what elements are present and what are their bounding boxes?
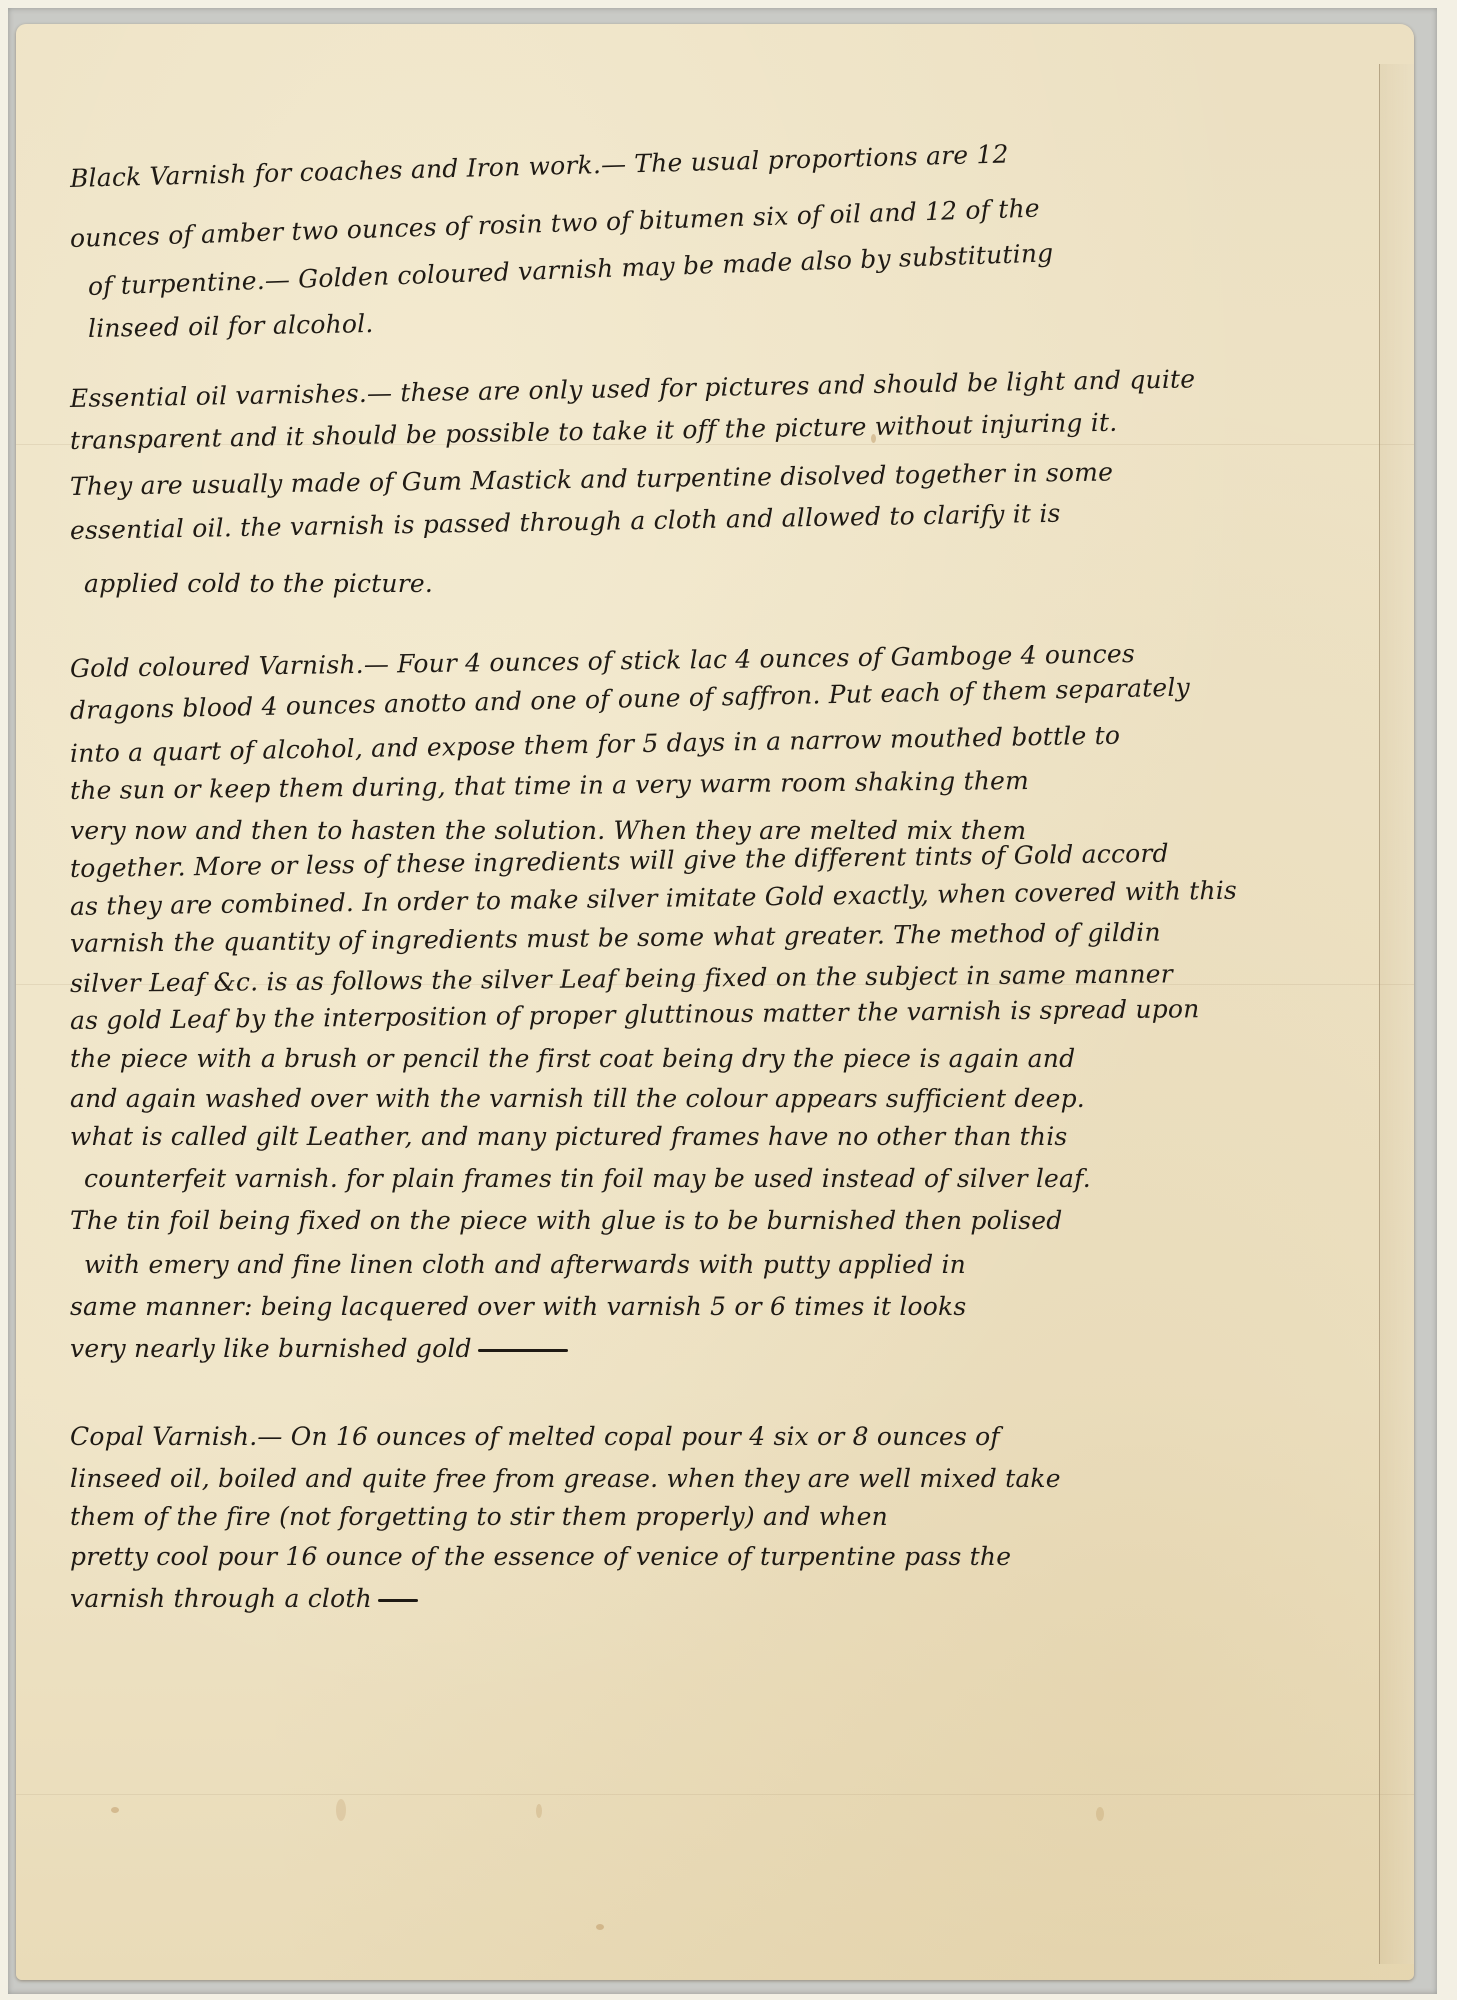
text-line: and again washed over with the varnish t… — [70, 1084, 1085, 1113]
text-line: essential oil. the varnish is passed thr… — [70, 499, 1061, 545]
text-line: counterfeit varnish. for plain frames ti… — [84, 1164, 1091, 1193]
text-line: varnish through a cloth — [70, 1584, 418, 1613]
text-line: applied cold to the picture. — [84, 569, 433, 598]
folded-right-edge — [1379, 64, 1414, 1964]
text-line: together. More or less of these ingredie… — [70, 839, 1169, 883]
text-line: They are usually made of Gum Mastick and… — [70, 457, 1113, 501]
text-line: very now and then to hasten the solution… — [70, 816, 1026, 845]
foxing-stain — [536, 1804, 542, 1818]
text-line: what is called gilt Leather, and many pi… — [70, 1122, 1067, 1151]
text-line: as they are combined. In order to make s… — [70, 876, 1237, 921]
text-line: linseed oil, boiled and quite free from … — [70, 1464, 1061, 1493]
text-line: Essential oil varnishes.— these are only… — [70, 364, 1196, 413]
foxing-stain — [596, 1924, 604, 1930]
foxing-stain — [336, 1799, 346, 1821]
text-line: Copal Varnish.— On 16 ounces of melted c… — [70, 1422, 1000, 1451]
foxing-stain — [111, 1807, 119, 1813]
text-line: into a quart of alcohol, and expose them… — [70, 721, 1121, 768]
end-flourish — [478, 1349, 568, 1352]
manuscript-page: Black Varnish for coaches and Iron work.… — [16, 24, 1414, 1980]
foxing-stain — [1096, 1807, 1104, 1821]
text-line: with emery and fine linen cloth and afte… — [84, 1250, 966, 1279]
text-line: varnish the quantity of ingredients must… — [70, 918, 1161, 958]
text-line: Black Varnish for coaches and Iron work.… — [70, 139, 1009, 193]
end-flourish — [378, 1599, 418, 1602]
text-line-content: varnish through a cloth — [70, 1584, 372, 1613]
text-line: The tin foil being fixed on the piece wi… — [70, 1206, 1063, 1235]
text-line: as gold Leaf by the interposition of pro… — [70, 994, 1200, 1035]
text-line: same manner: being lacquered over with v… — [70, 1292, 966, 1321]
text-line: the piece with a brush or pencil the fir… — [70, 1044, 1075, 1073]
text-line: linseed oil for alcohol. — [88, 309, 374, 343]
text-line: silver Leaf &c. is as follows the silver… — [70, 959, 1173, 998]
text-line: pretty cool pour 16 ounce of the essence… — [70, 1542, 1011, 1571]
fold-line — [16, 1794, 1414, 1795]
text-line-content: very nearly like burnished gold — [70, 1334, 472, 1363]
text-line: the sun or keep them during, that time i… — [70, 766, 1029, 805]
text-line: transparent and it should be possible to… — [70, 408, 1118, 455]
text-line: very nearly like burnished gold — [70, 1334, 568, 1363]
text-line: them of the fire (not forgetting to stir… — [70, 1502, 888, 1531]
